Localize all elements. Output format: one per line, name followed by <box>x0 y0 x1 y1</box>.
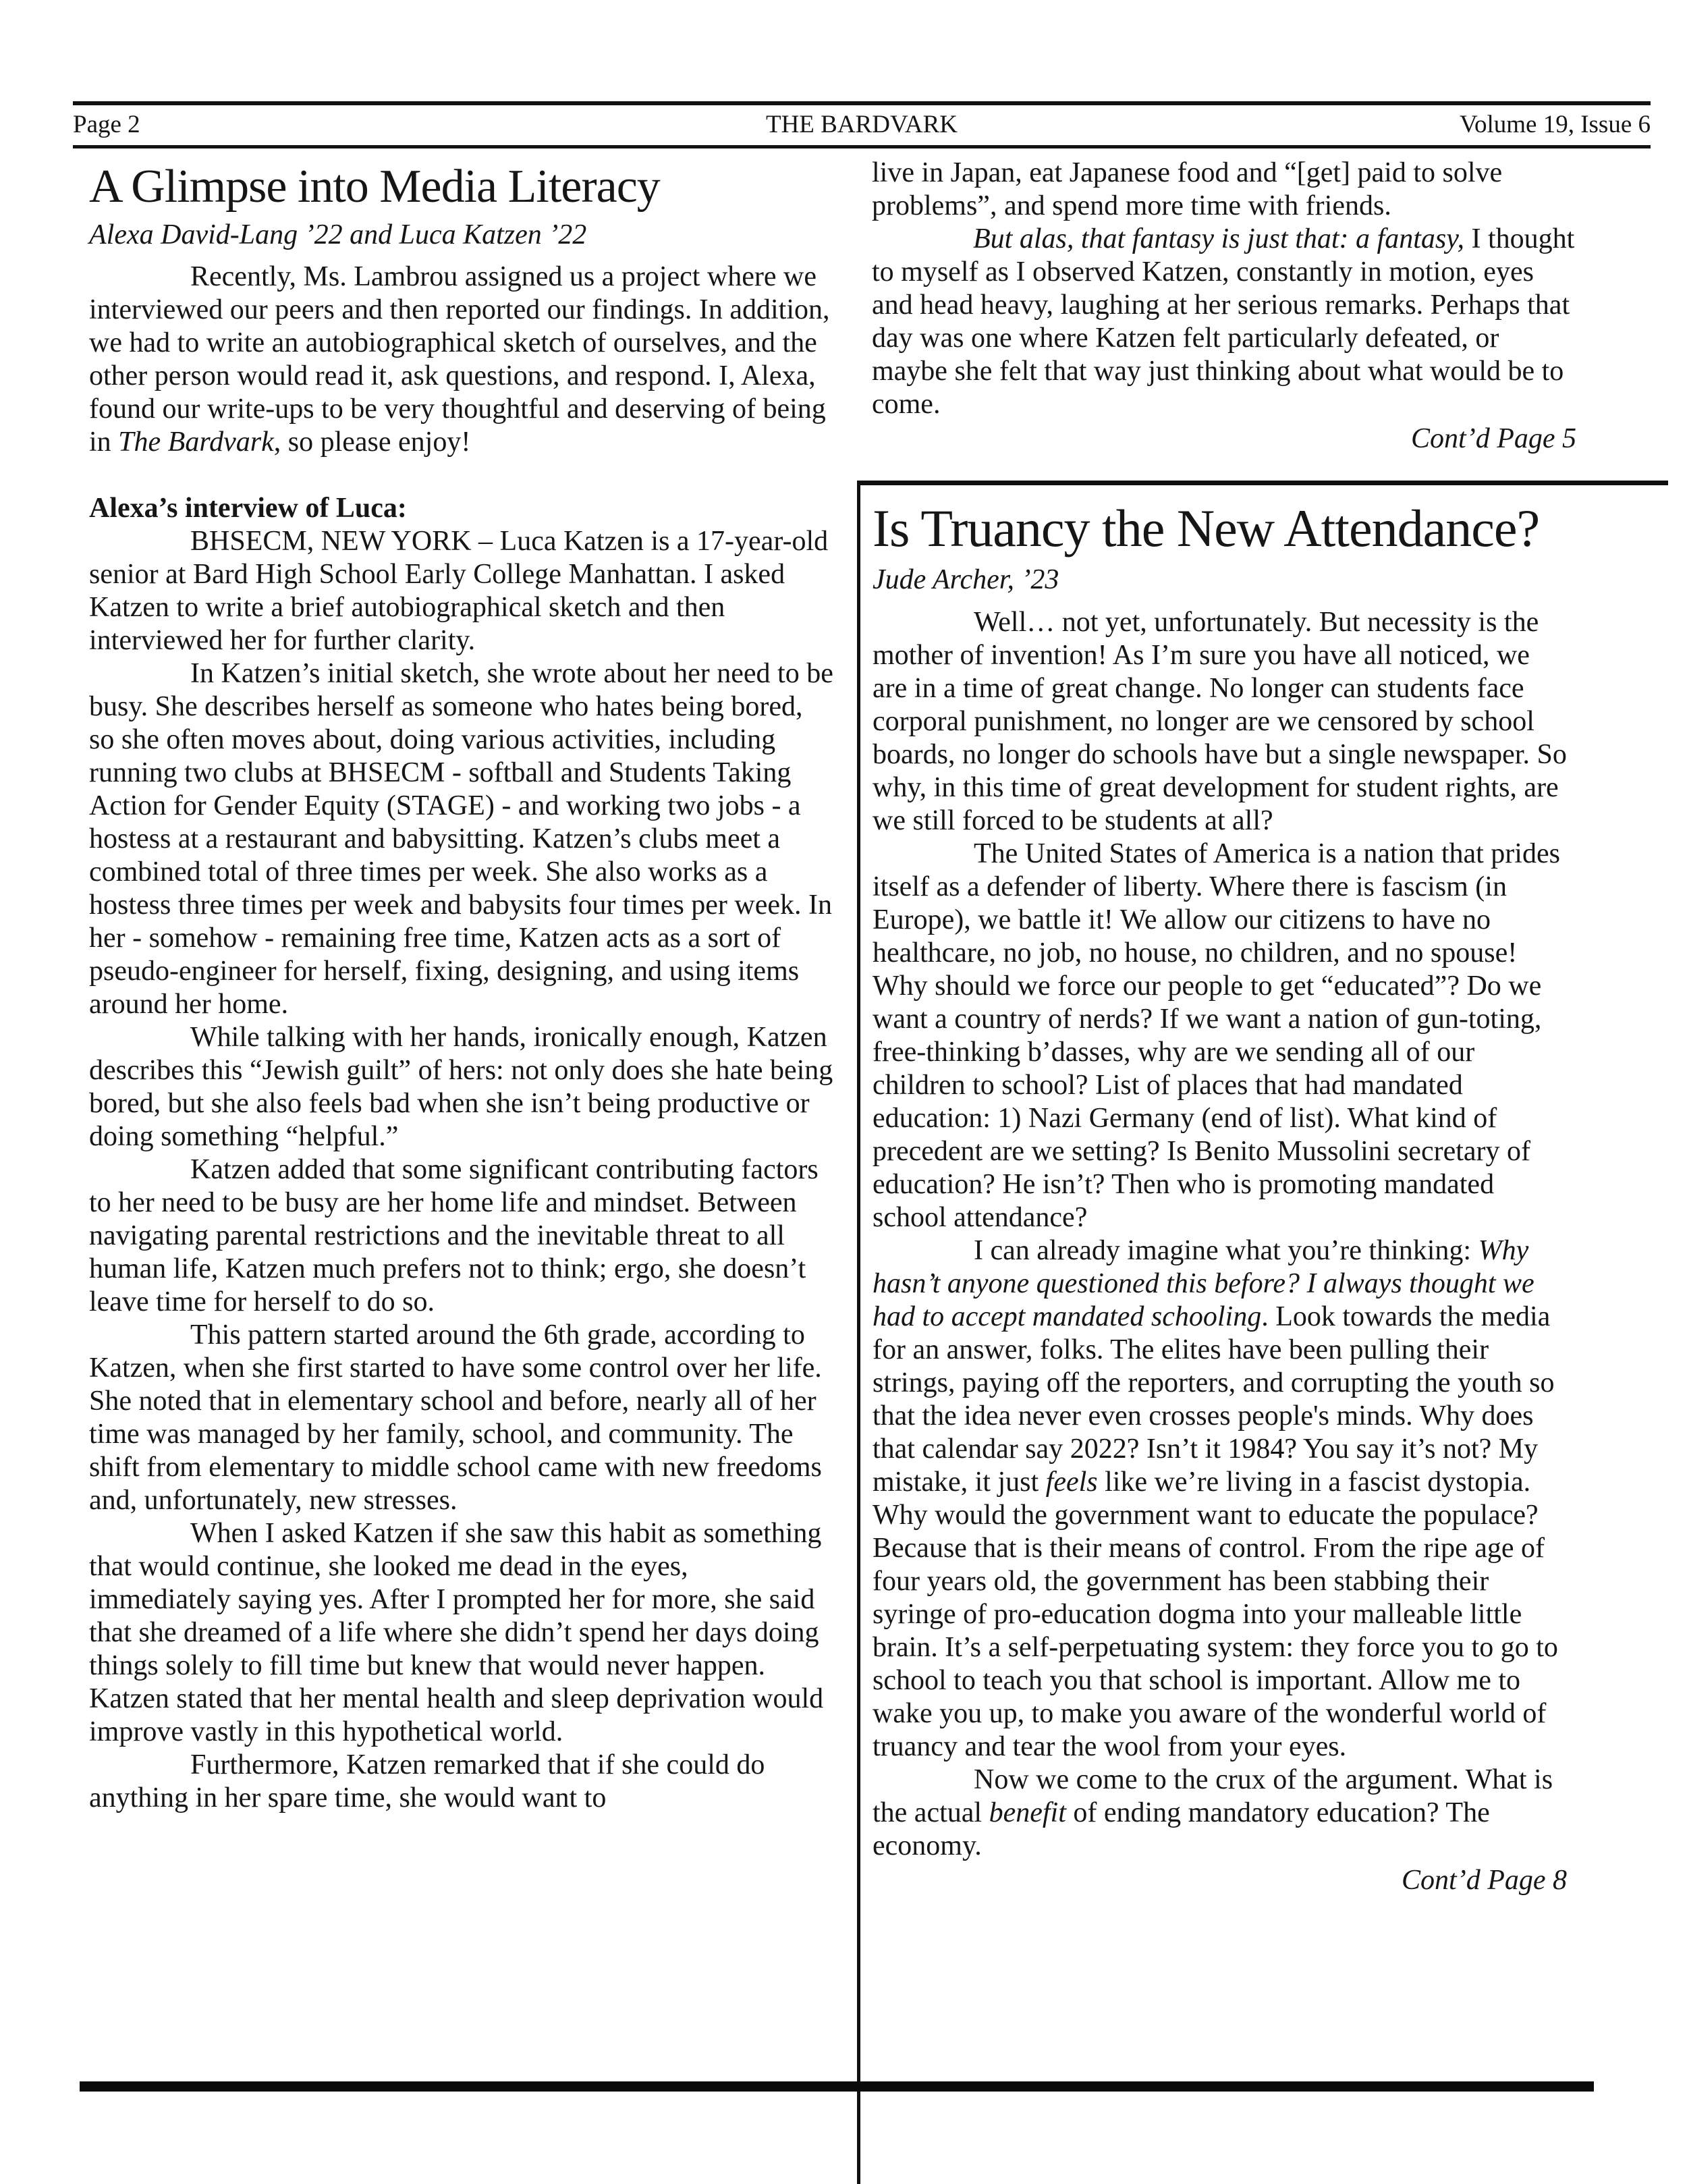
left-column: A Glimpse into Media Literacy Alexa Davi… <box>89 162 835 1815</box>
article1-paragraph: When I asked Katzen if she saw this habi… <box>89 1517 835 1749</box>
article1-title: A Glimpse into Media Literacy <box>89 162 835 212</box>
article2-paragraph: Well… not yet, unfortunately. But necess… <box>873 606 1567 838</box>
article2-title: Is Truancy the New Attendance? <box>873 500 1567 557</box>
article2-paragraph: Now we come to the crux of the argument.… <box>873 1764 1567 1863</box>
newspaper-page: Page 2 THE BARDVARK Volume 19, Issue 6 A… <box>0 0 1687 2184</box>
article1-paragraph: BHSECM, NEW YORK – Luca Katzen is a 17-y… <box>89 525 835 657</box>
article2-box: Is Truancy the New Attendance? Jude Arch… <box>857 481 1668 2184</box>
interview-heading: Alexa’s interview of Luca: <box>89 492 835 525</box>
article1-paragraph: This pattern started around the 6th grad… <box>89 1319 835 1517</box>
article1-continuation-paragraph: But alas, that fantasy is just that: a f… <box>872 223 1576 421</box>
article1-continued-note: Cont’d Page 5 <box>872 422 1576 456</box>
page-header: Page 2 THE BARDVARK Volume 19, Issue 6 <box>73 103 1651 145</box>
right-column: live in Japan, eat Japanese food and “[g… <box>872 157 1576 456</box>
article1-continuation-paragraph: live in Japan, eat Japanese food and “[g… <box>872 157 1576 223</box>
article1-byline: Alexa David-Lang ’22 and Luca Katzen ’22 <box>89 219 835 251</box>
article1-paragraph: Furthermore, Katzen remarked that if she… <box>89 1749 835 1815</box>
article2-byline: Jude Archer, ’23 <box>873 564 1567 596</box>
article2-continued-note: Cont’d Page 8 <box>873 1864 1567 1897</box>
article2-paragraph: The United States of America is a nation… <box>873 838 1567 1234</box>
footer-rule <box>80 2081 1594 2092</box>
article2-paragraph: I can already imagine what you’re thinki… <box>873 1234 1567 1764</box>
masthead: THE BARDVARK <box>73 110 1651 139</box>
article1-paragraph: In Katzen’s initial sketch, she wrote ab… <box>89 657 835 1021</box>
article1-intro-paragraph: Recently, Ms. Lambrou assigned us a proj… <box>89 261 835 459</box>
header-rule-bottom <box>73 145 1651 148</box>
article1-paragraph: Katzen added that some significant contr… <box>89 1153 835 1319</box>
article1-paragraph: While talking with her hands, ironically… <box>89 1021 835 1153</box>
